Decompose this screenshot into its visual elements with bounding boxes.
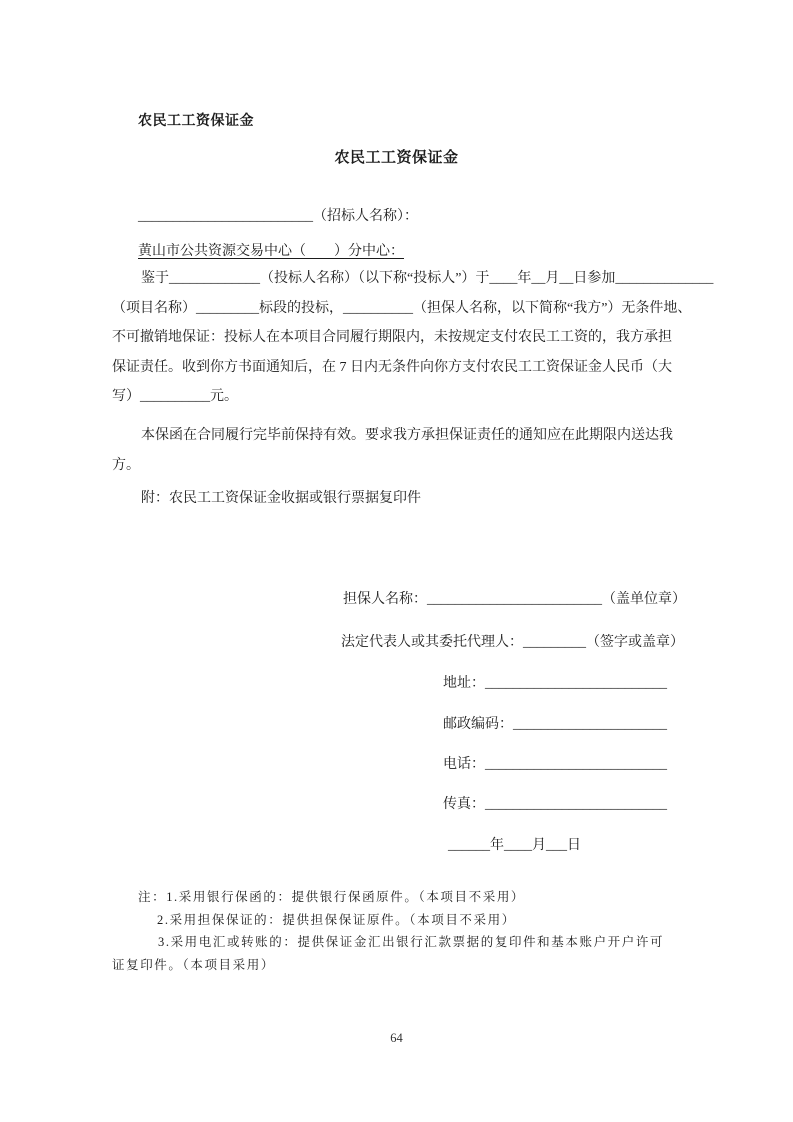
- paragraph-line: 保证责任。收到你方书面通知后，在 7 日内无条件向你方支付农民工工资保证金人民币…: [112, 353, 692, 383]
- guarantor-seal-note: （盖单位章）: [602, 592, 686, 607]
- paragraph-line: （项目名称）_________标段的投标，__________（担保人名称，以下…: [112, 294, 692, 324]
- notes-block: 注：1.采用银行保函的：提供银行保函原件。（本项目不采用） 2.采用担保保证的：…: [112, 886, 692, 976]
- guarantor-name-label: 担保人名称：: [343, 592, 427, 607]
- date-line: ______年____月___日: [448, 834, 581, 854]
- guarantor-name-blank: _________________________: [427, 592, 602, 607]
- representative-sign-note: （签字或盖章）: [586, 635, 684, 650]
- section-header-label: 农民工工资保证金: [138, 110, 254, 130]
- note-line: 证复印件。（本项目采用）: [112, 954, 692, 977]
- paragraph-line: 本保函在合同履行完毕前保持有效。要求我方承担保证责任的通知应在此期限内送达我: [112, 421, 692, 451]
- validity-paragraph: 本保函在合同履行完毕前保持有效。要求我方承担保证责任的通知应在此期限内送达我 方…: [112, 421, 692, 480]
- representative-line: 法定代表人或其委托代理人：_________（签字或盖章）: [341, 631, 684, 651]
- paragraph-line: 不可撤销地保证：投标人在本项目合同履行期限内，未按规定支付农民工工资的，我方承担: [112, 323, 692, 353]
- address-label: 地址：: [443, 676, 485, 691]
- postal-code-label: 邮政编码：: [443, 717, 513, 732]
- address-blank: __________________________: [485, 676, 667, 691]
- paragraph-line: 鉴于_____________（投标人名称）（以下称“投标人”）于____年__…: [112, 264, 692, 294]
- phone-blank: __________________________: [485, 757, 667, 772]
- document-page: 农民工工资保证金 农民工工资保证金 ______________________…: [0, 0, 793, 1122]
- fax-blank: __________________________: [485, 797, 667, 812]
- representative-label: 法定代表人或其委托代理人：: [341, 635, 523, 650]
- note-line: 2.采用担保保证的：提供担保保证原件。（本项目不采用）: [112, 909, 692, 932]
- note-line: 注：1.采用银行保函的：提供银行保函原件。（本项目不采用）: [112, 886, 692, 909]
- addressee-name-label: （招标人名称）：: [313, 209, 418, 224]
- phone-label: 电话：: [443, 757, 485, 772]
- addressee-org-line: 黄山市公共资源交易中心（ ）分中心：: [138, 240, 404, 260]
- paragraph-line: 写）__________元。: [112, 382, 692, 412]
- note-line: 3.采用电汇或转账的：提供保证金汇出银行汇款票据的复印件和基本账户开户许可: [112, 931, 692, 954]
- postal-code-line: 邮政编码：______________________: [443, 713, 667, 733]
- page-number: 64: [0, 1031, 793, 1046]
- attachment-line: 附：农民工工资保证金收据或银行票据复印件: [141, 487, 421, 507]
- postal-code-blank: ______________________: [513, 717, 667, 732]
- guarantor-name-line: 担保人名称：_________________________（盖单位章）: [343, 588, 686, 608]
- addressee-name-line: _________________________（招标人名称）：: [138, 205, 418, 225]
- representative-blank: _________: [523, 635, 586, 650]
- phone-line: 电话：__________________________: [443, 753, 667, 773]
- guarantee-paragraph: 鉴于_____________（投标人名称）（以下称“投标人”）于____年__…: [112, 264, 692, 412]
- paragraph-line: 方。: [112, 451, 692, 481]
- document-title: 农民工工资保证金: [0, 146, 793, 167]
- fax-line: 传真：__________________________: [443, 793, 667, 813]
- addressee-name-blank: _________________________: [138, 209, 313, 224]
- address-line: 地址：__________________________: [443, 672, 667, 692]
- fax-label: 传真：: [443, 797, 485, 812]
